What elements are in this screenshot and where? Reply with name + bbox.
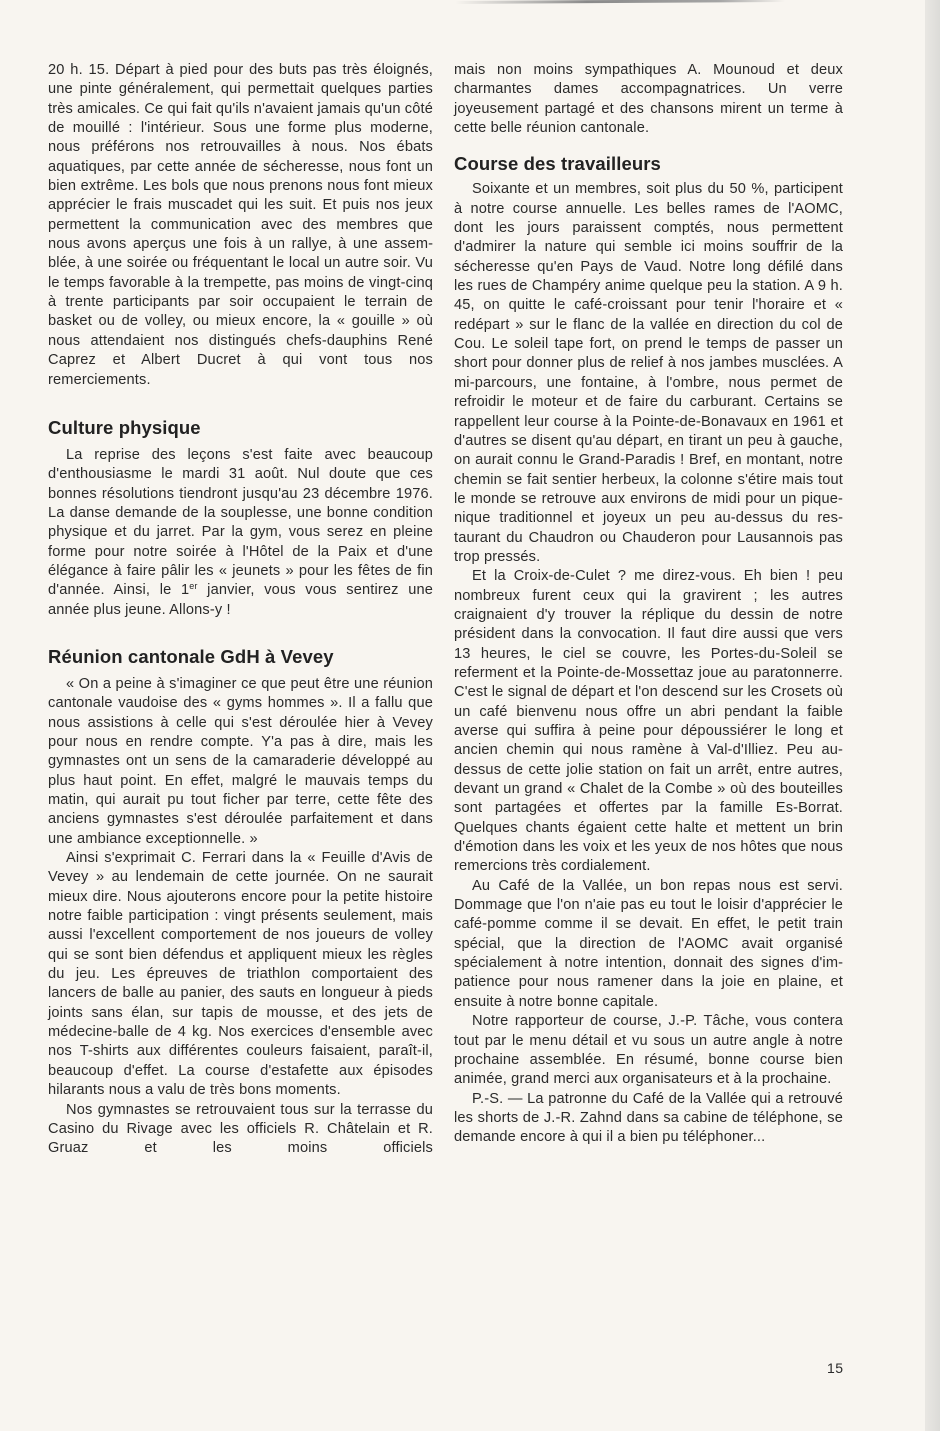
- left-column: 20 h. 15. Départ à pied pour des buts pa…: [48, 61, 433, 1159]
- page-number: 15: [827, 1360, 844, 1376]
- intro-paragraph: 20 h. 15. Départ à pied pour des buts pa…: [48, 61, 433, 390]
- scanned-page: 20 h. 15. Départ à pied pour des buts pa…: [0, 0, 925, 1431]
- course-paragraph-1: Soixante et un membres, soit plus du 50 …: [454, 180, 843, 567]
- course-paragraph-3: Au Café de la Vallée, un bon repas nous …: [454, 877, 843, 1012]
- culture-text-a: La reprise des leçons s'est faite avec b…: [48, 447, 433, 598]
- ordinal-superscript: er: [189, 581, 197, 591]
- heading-reunion-cantonale: Réunion cantonale GdH à Vevey: [48, 645, 433, 669]
- right-column: mais non moins sympathiques A. Mounoud e…: [454, 61, 843, 1148]
- course-paragraph-4: Notre rapporteur de course, J.-P. Tâche,…: [454, 1012, 843, 1089]
- heading-course-des-travailleurs: Course des travailleurs: [454, 152, 843, 176]
- scan-artifact-line: [455, 0, 785, 4]
- culture-paragraph: La reprise des leçons s'est faite avec b…: [48, 446, 433, 620]
- heading-culture-physique: Culture physique: [48, 416, 433, 440]
- reunion-paragraph-ferrari: Ainsi s'exprimait C. Ferrari dans la « F…: [48, 849, 433, 1100]
- reunion-continuation-paragraph: mais non moins sympathiques A. Mounoud e…: [454, 61, 843, 138]
- scan-edge-strip: [925, 0, 940, 1431]
- course-paragraph-ps: P.-S. — La patronne du Café de la Vallée…: [454, 1090, 843, 1148]
- reunion-paragraph-quote: « On a peine à s'imaginer ce que peut êt…: [48, 675, 433, 849]
- course-paragraph-2: Et la Croix-de-Culet ? me direz-vous. Eh…: [454, 567, 843, 877]
- reunion-paragraph-casino: Nos gymnastes se retrouvaient tous sur l…: [48, 1101, 433, 1159]
